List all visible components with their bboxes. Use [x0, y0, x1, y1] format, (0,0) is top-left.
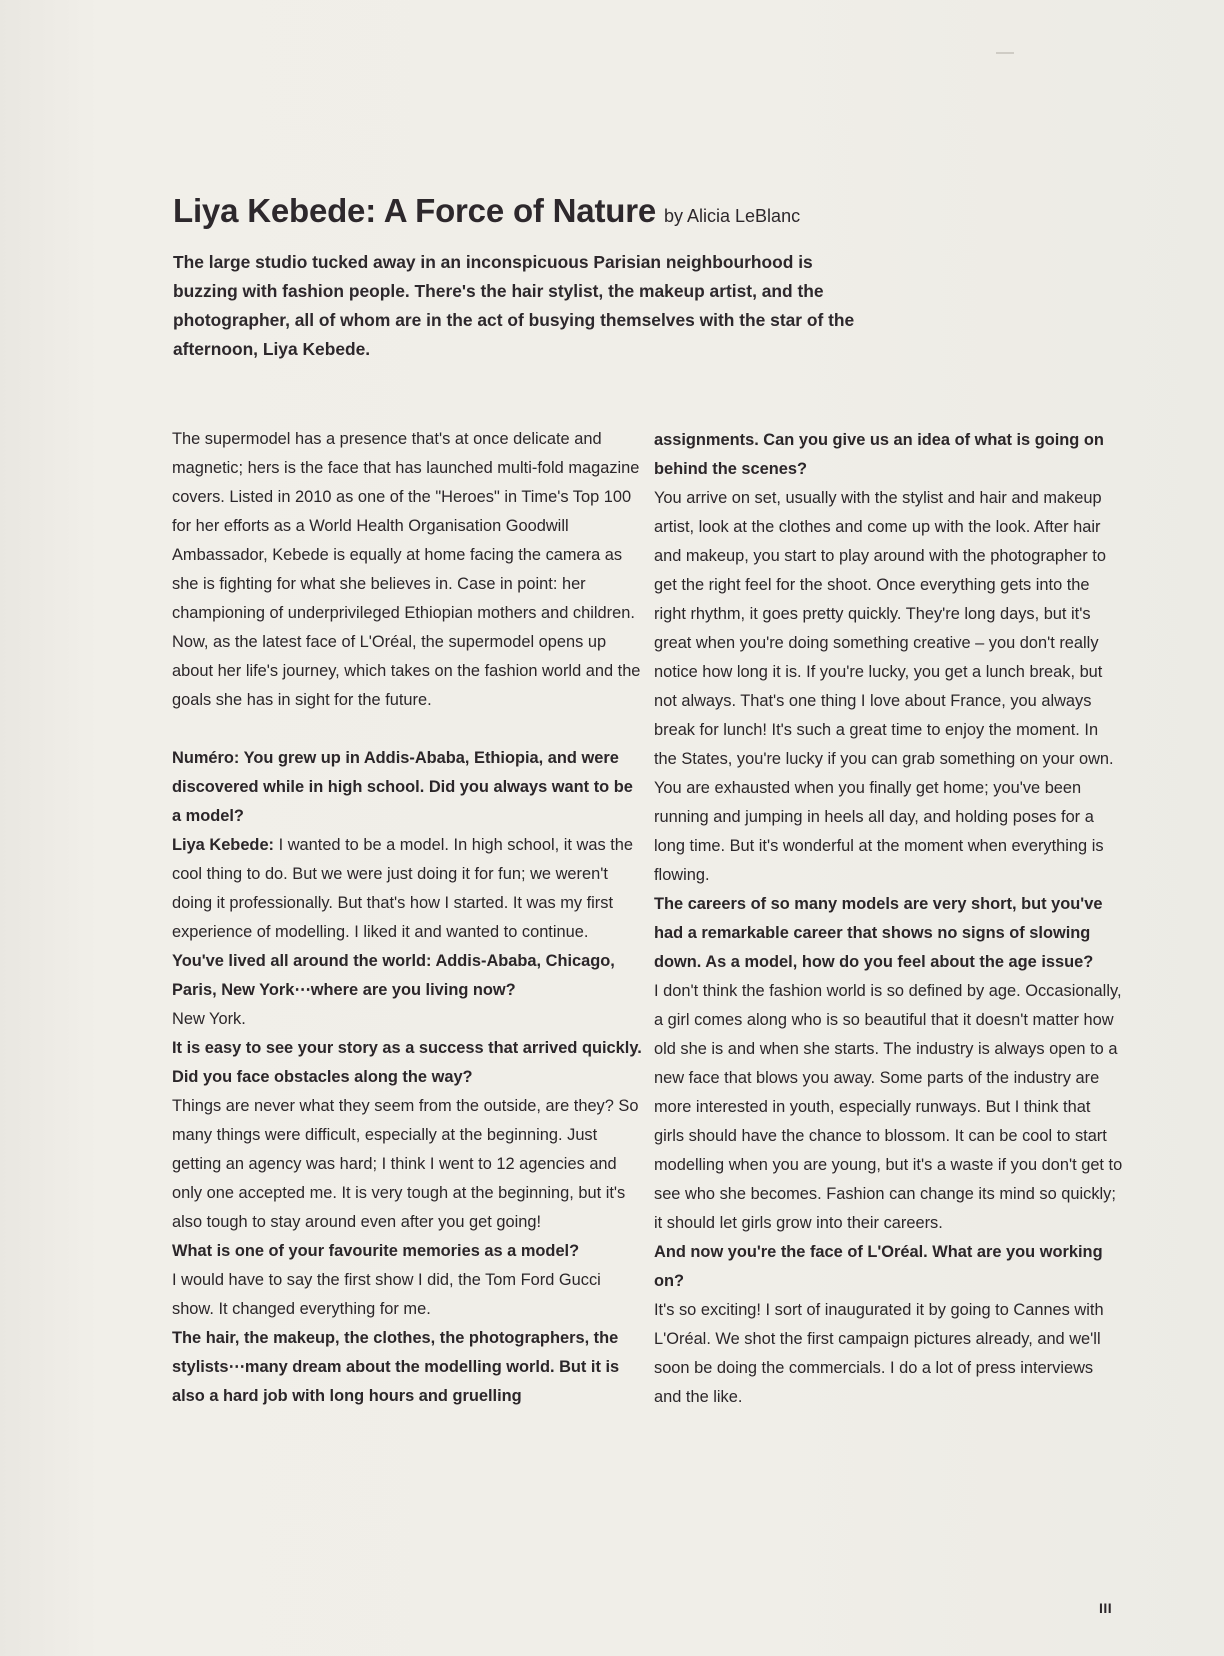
- question-5-end: assignments. Can you give us an idea of …: [654, 426, 1124, 484]
- question-3: It is easy to see your story as a succes…: [172, 1034, 642, 1092]
- title-line: Liya Kebede: A Force of Natureby Alicia …: [173, 192, 873, 230]
- question-7: And now you're the face of L'Oréal. What…: [654, 1238, 1124, 1296]
- article-byline: by Alicia LeBlanc: [664, 206, 800, 226]
- question-1: Numéro: You grew up in Addis-Ababa, Ethi…: [172, 744, 642, 831]
- answer-1-speaker: Liya Kebede:: [172, 836, 274, 854]
- answer-5: You arrive on set, usually with the styl…: [654, 484, 1124, 890]
- question-4: What is one of your favourite memories a…: [172, 1237, 642, 1266]
- answer-2: New York.: [172, 1005, 642, 1034]
- answer-7: It's so exciting! I sort of inaugurated …: [654, 1296, 1124, 1412]
- answer-3: Things are never what they seem from the…: [172, 1092, 642, 1237]
- left-column: The supermodel has a presence that's at …: [172, 425, 642, 1411]
- question-6: The careers of so many models are very s…: [654, 890, 1124, 977]
- answer-1: Liya Kebede: I wanted to be a model. In …: [172, 831, 642, 947]
- answer-4: I would have to say the first show I did…: [172, 1266, 642, 1324]
- right-column: assignments. Can you give us an idea of …: [654, 426, 1124, 1412]
- answer-6: I don't think the fashion world is so de…: [654, 977, 1124, 1238]
- question-2: You've lived all around the world: Addis…: [172, 947, 642, 1005]
- article-standfirst: The large studio tucked away in an incon…: [173, 248, 873, 364]
- page-number: III: [1099, 1600, 1112, 1616]
- article-header: Liya Kebede: A Force of Natureby Alicia …: [173, 192, 873, 364]
- print-mark: [996, 52, 1014, 54]
- article-title: Liya Kebede: A Force of Nature: [173, 192, 656, 229]
- question-5-start: The hair, the makeup, the clothes, the p…: [172, 1324, 642, 1411]
- intro-paragraph: The supermodel has a presence that's at …: [172, 425, 642, 715]
